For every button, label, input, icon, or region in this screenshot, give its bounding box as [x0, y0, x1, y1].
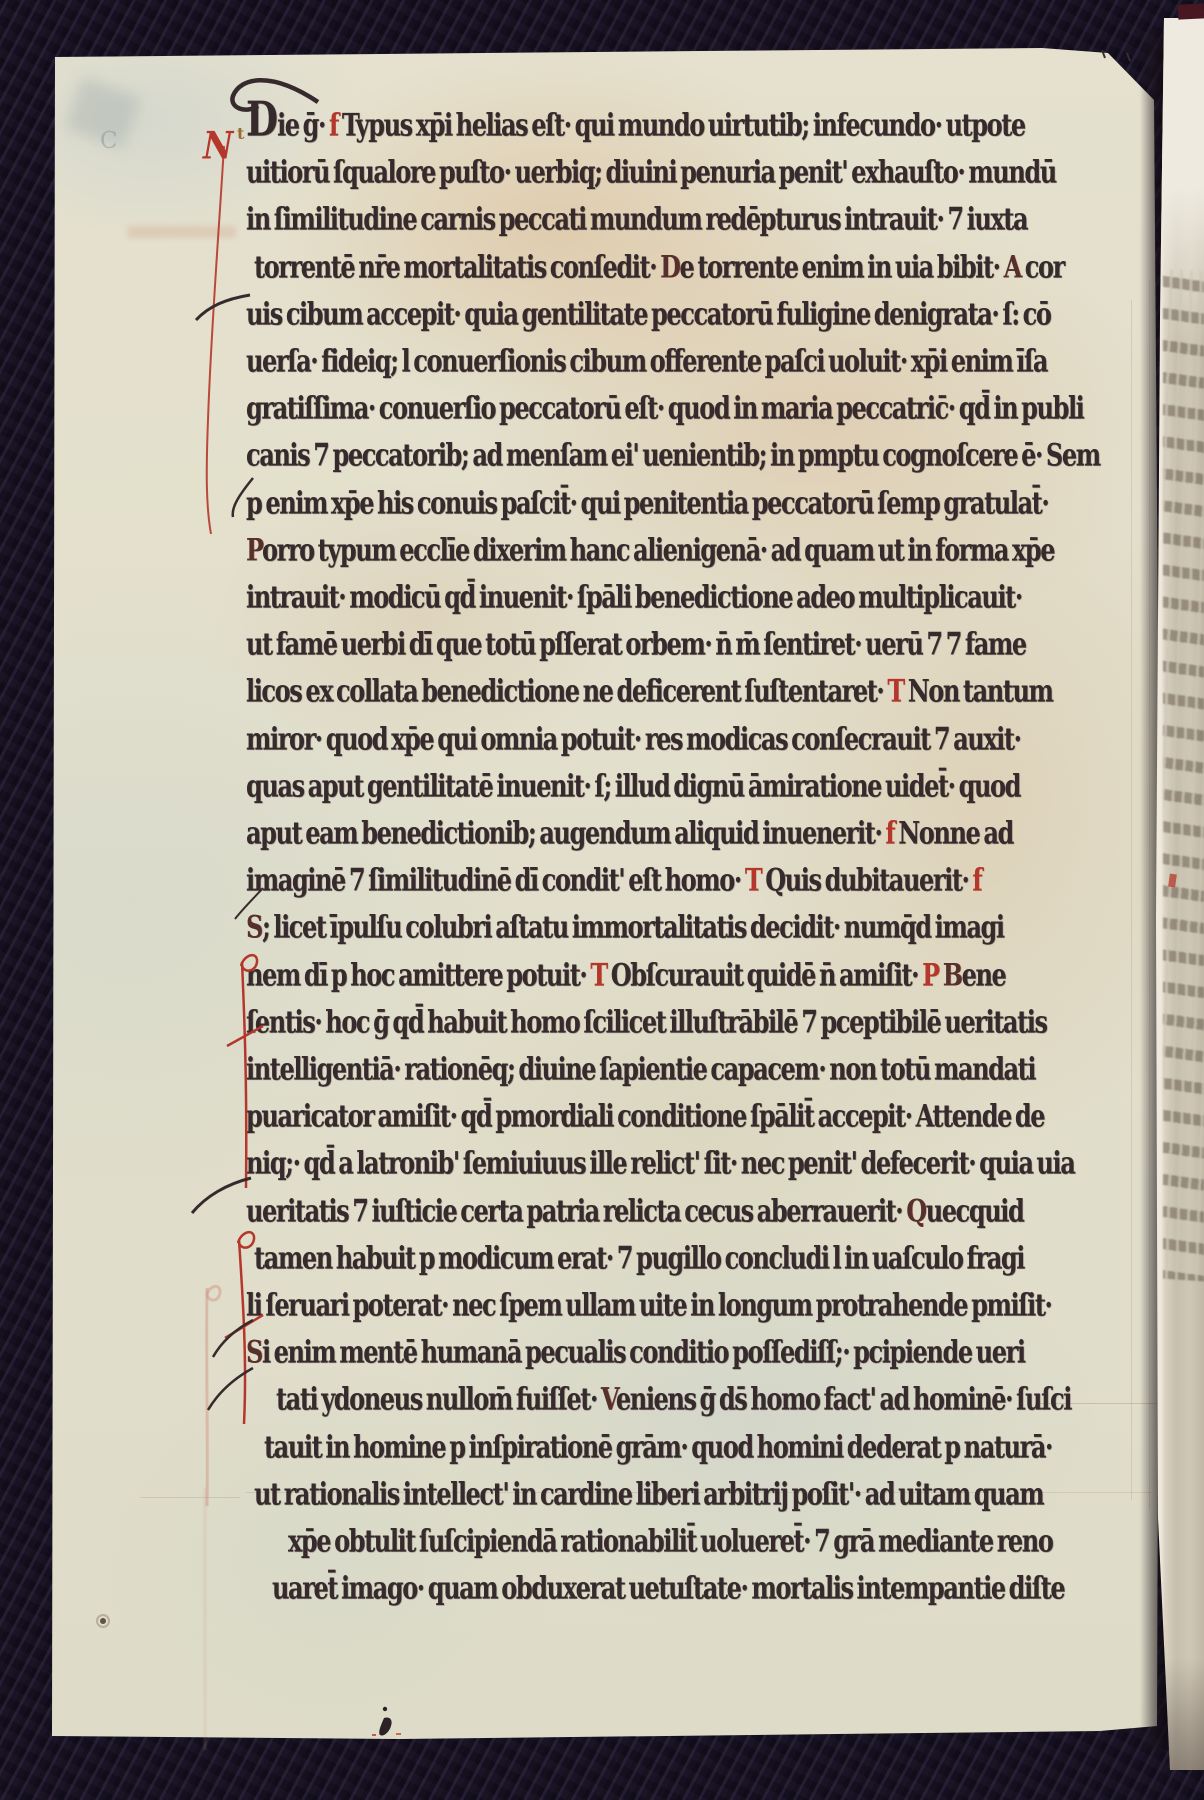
text-segment: uis cibum accepit· quia gentilitate pecc… [246, 295, 1050, 332]
text-segment: nem dī p hoc amittere potuit· [246, 956, 590, 993]
text-segment: ueritatis 7 iuſticie certa patria relict… [246, 1192, 906, 1229]
manuscript-line: ueritatis 7 iuſticie certa patria relict… [246, 1192, 1023, 1229]
text-segment: tamen habuit p modicum erat· 7 pugillo c… [254, 1239, 1024, 1276]
text-segment: ie ḡ· [277, 106, 329, 143]
manuscript-line: ut famē uerbi dī que totū pſſerat orbem·… [246, 625, 1026, 662]
manuscript-line: miror· quod xp̄e qui omnia potuit· res m… [246, 720, 1021, 757]
binding-sliver [1178, 3, 1204, 19]
text-segment: imaginē 7 ſimilitudinē dī condit' eſt ho… [246, 861, 745, 898]
manuscript-line: Die ḡ· f Typus xp̄i helias eſt· qui mund… [246, 106, 1025, 143]
text-segment: gratiſſima· conuerſio peccatorū eſt· quo… [246, 389, 1083, 426]
rubric-mark: f [329, 106, 342, 143]
text-segment: D [660, 248, 679, 285]
manuscript-line: imaginē 7 ſimilitudinē dī condit' eſt ho… [246, 861, 981, 898]
manuscript-line: intelligentiā· rationēq; diuine ſapienti… [246, 1050, 1035, 1087]
text-segment: intrauit· modicū qd̄ inuenit· ſpāli bene… [246, 578, 1022, 615]
rubric-mark: T [745, 861, 765, 898]
text-segment: S [246, 1333, 262, 1370]
manuscript-line: ut rationalis intellect' in cardine libe… [254, 1475, 1043, 1512]
text-segment: licos ex collata benedictione ne deficer… [246, 672, 887, 709]
manuscript-line: uis cibum accepit· quia gentilitate pecc… [246, 295, 1050, 332]
manuscript-photo: N t C Die ḡ· f Typus xp̄i helias eſt· qu… [0, 0, 1204, 1800]
manuscript-line: intrauit· modicū qd̄ inuenit· ſpāli bene… [246, 578, 1022, 615]
manuscript-line: canis 7 peccatorib; ad menſam ei' uenien… [246, 436, 1100, 473]
text-segment: miror· quod xp̄e qui omnia potuit· res m… [246, 720, 1021, 757]
text-segment: D [246, 91, 277, 147]
text-segment: uitiorū ſqualore puſto· uerbiq; diuini p… [246, 153, 1056, 190]
text-segment: canis 7 peccatorib; ad menſam ei' uenien… [246, 436, 1100, 473]
text-segment: ut rationalis intellect' in cardine libe… [254, 1475, 1043, 1512]
faint-margin-letter: C [100, 128, 118, 154]
text-segment: B [943, 956, 962, 993]
manuscript-line: uaret̄ imago· quam obduxerat uetuſtate· … [272, 1569, 1064, 1606]
manuscript-line: nem dī p hoc amittere potuit· T Obſcurau… [246, 956, 1005, 993]
manuscript-line: Porro typum ecclīe dixerim hanc alienige… [246, 531, 1054, 568]
text-segment: eniens ḡ ds̄ homo fact' ad hominē· ſuſci [616, 1380, 1071, 1417]
text-segment: ut famē uerbi dī que totū pſſerat orbem·… [246, 625, 1026, 662]
text-segment: torrentē nr̄e mortalitatis conſedit· [254, 248, 660, 285]
text-segment: aput eam benedictionib; augendum aliquid… [246, 814, 885, 851]
text-segment: li ſeruari poterat· nec ſpem ullam uite … [246, 1286, 1052, 1323]
manuscript-line: gratiſſima· conuerſio peccatorū eſt· quo… [246, 389, 1083, 426]
rubric-mark: T [887, 672, 907, 709]
fore-edge-next-page [1156, 18, 1204, 1770]
text-segment: tauit in homine p inſpirationē grām· quo… [264, 1428, 1052, 1465]
text-segment: ; licet īpulſu colubri aſtatu immortalit… [262, 908, 1004, 945]
text-segment: Non tantum [908, 672, 1053, 709]
text-segment: in ſimilitudine carnis peccati mundum re… [246, 200, 1027, 237]
rubric-mark: P [922, 956, 943, 993]
text-segment: i enim mentē humanā pecualis conditio po… [262, 1333, 1025, 1370]
text-segment: tati ydoneus nullom̄ fuiſſet· [276, 1380, 601, 1417]
manuscript-line: tauit in homine p inſpirationē grām· quo… [264, 1428, 1052, 1465]
margin-chapter-superscript: t [237, 124, 244, 143]
text-segment: uaret̄ imago· quam obduxerat uetuſtate· … [272, 1569, 1064, 1606]
text-segment: A [1004, 248, 1021, 285]
text-segment: Q [906, 1192, 926, 1229]
text-segment: ene [962, 956, 1006, 993]
text-segment: niq;· qd̄ a latronib' ſemiuiuus ille rel… [246, 1144, 1074, 1181]
manuscript-line: Si enim mentē humanā pecualis conditio p… [246, 1333, 1025, 1370]
rubric-mark: f [885, 814, 898, 851]
manuscript-line: tati ydoneus nullom̄ fuiſſet· Veniens ḡ … [276, 1380, 1071, 1417]
rubric-mark: T [590, 956, 610, 993]
next-page-text-edge [1163, 269, 1204, 1282]
text-segment: Typus xp̄i helias eſt· qui mundo uirtuti… [342, 106, 1025, 143]
manuscript-line: niq;· qd̄ a latronib' ſemiuiuus ille rel… [246, 1144, 1074, 1181]
manuscript-line: in ſimilitudine carnis peccati mundum re… [246, 200, 1027, 237]
manuscript-line: tamen habuit p modicum erat· 7 pugillo c… [254, 1239, 1024, 1276]
text-segment: orro typum ecclīe dixerim hanc alienigen… [262, 531, 1054, 568]
text-segment: intelligentiā· rationēq; diuine ſapienti… [246, 1050, 1035, 1087]
text-segment: ſentis· hoc ḡ qd̄ habuit homo ſcilicet i… [246, 1003, 1047, 1040]
manuscript-line: xp̄e obtulit ſuſcipiendā rationabilit̄ u… [288, 1522, 1052, 1559]
manuscript-line: licos ex collata benedictione ne deficer… [246, 672, 1053, 709]
manuscript-line: uerſa· fideiq; l conuerſionis cibum offe… [246, 342, 1047, 379]
manuscript-line: quas aput gentilitatē inuenit· ſ; illud … [246, 767, 1020, 804]
text-segment: p enim xp̄e his conuis paſcit̄· qui peni… [246, 484, 1048, 521]
manuscript-line: p enim xp̄e his conuis paſcit̄· qui peni… [246, 484, 1048, 521]
text-segment: Obſcurauit quidē n̄ amiſit· [611, 956, 922, 993]
text-segment: Nonne ad [898, 814, 1013, 851]
manuscript-line: S; licet īpulſu colubri aſtatu immortali… [246, 908, 1004, 945]
manuscript-line: puaricator amiſit· qd̄ pmordiali conditi… [246, 1097, 1044, 1134]
manuscript-line: ſentis· hoc ḡ qd̄ habuit homo ſcilicet i… [246, 1003, 1047, 1040]
manuscript-line: aput eam benedictionib; augendum aliquid… [246, 814, 1013, 851]
text-segment: quas aput gentilitatē inuenit· ſ; illud … [246, 767, 1020, 804]
text-segment: uerſa· fideiq; l conuerſionis cibum offe… [246, 342, 1047, 379]
manuscript-line: li ſeruari poterat· nec ſpem ullam uite … [246, 1286, 1052, 1323]
text-segment: xp̄e obtulit ſuſcipiendā rationabilit̄ u… [288, 1522, 1052, 1559]
text-segment: S [246, 908, 262, 945]
text-segment: V [601, 1380, 616, 1417]
text-segment: cor [1021, 248, 1064, 285]
text-segment: puaricator amiſit· qd̄ pmordiali conditi… [246, 1097, 1044, 1134]
manuscript-line: uitiorū ſqualore puſto· uerbiq; diuini p… [246, 153, 1056, 190]
manuscript-line: torrentē nr̄e mortalitatis conſedit· De … [254, 248, 1064, 285]
rubric-mark: f [972, 861, 981, 898]
text-segment: P [246, 531, 262, 568]
text-segment: Quis dubitauerit· [765, 861, 972, 898]
text-segment: uecquid [926, 1192, 1024, 1229]
text-block: Die ḡ· f Typus xp̄i helias eſt· qui mund… [246, 106, 1066, 1636]
text-segment: e torrente enim in uia bibit· [680, 248, 1004, 285]
